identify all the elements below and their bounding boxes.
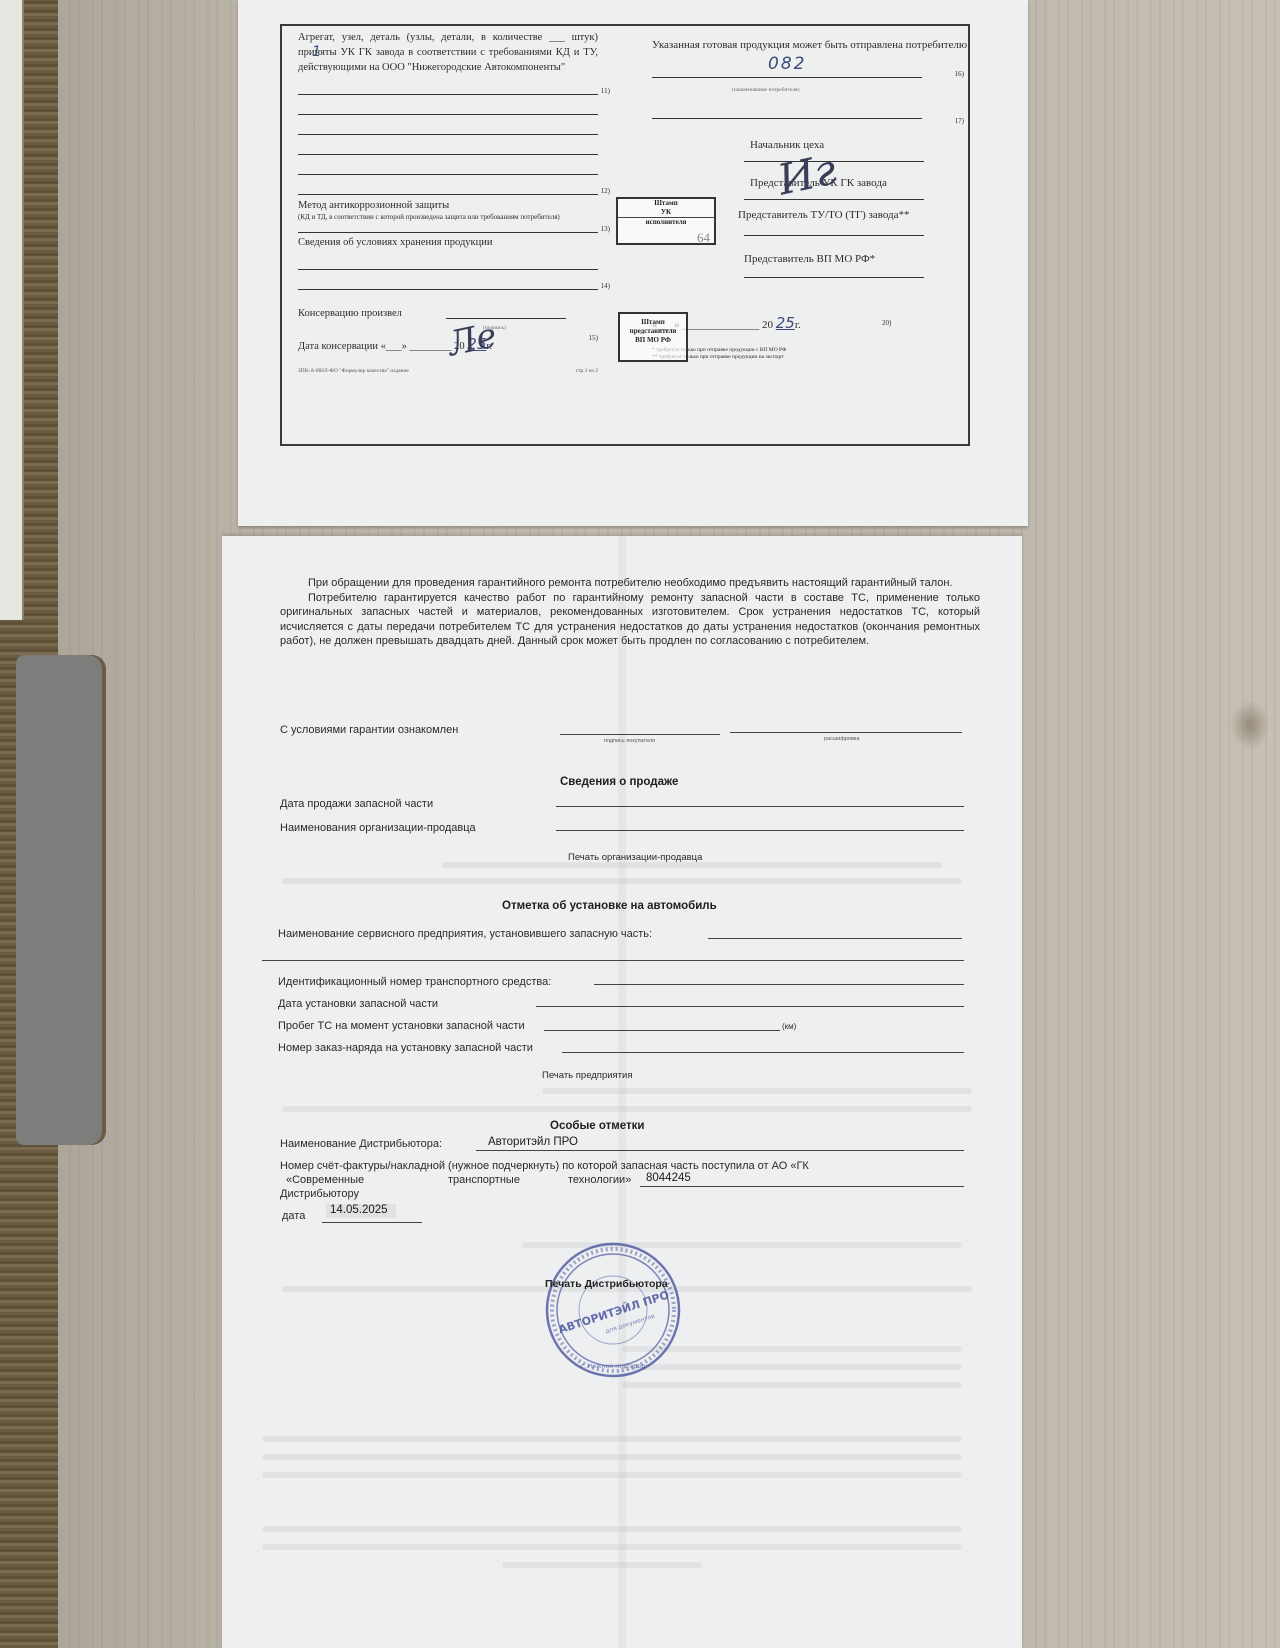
service-field-line2[interactable] <box>262 960 964 961</box>
install-date-field[interactable] <box>536 1006 964 1007</box>
vp-stamp-box: Штамп представителя ВП МО РФ <box>618 312 688 362</box>
uk-stamp-box: Штамп УК исполнителя 64 <box>616 197 716 245</box>
anticorrosion-label: Метод антикоррозионной защиты <box>298 198 598 213</box>
uk-stamp-number: 64 <box>697 233 710 242</box>
mileage-unit: (км) <box>782 1022 796 1031</box>
quantity-handwritten: 1 <box>312 44 321 60</box>
wood-knot <box>1230 700 1270 750</box>
bleed-through <box>542 1088 972 1094</box>
footnote-1: * требуется только при отправке продукци… <box>652 347 972 354</box>
acceptance-text: Агрегат, узел, деталь (узлы, детали, в к… <box>298 30 598 75</box>
field-line: 13) <box>298 232 598 233</box>
white-panel <box>0 0 24 620</box>
warranty-paragraph-1: При обращении для проведения гарантийног… <box>280 576 980 591</box>
vin-label: Идентификационный номер транспортного ср… <box>278 976 551 988</box>
field-line <box>298 174 598 175</box>
sale-section-title: Сведения о продаже <box>560 776 678 788</box>
storage-label: Сведения об условиях хранения продукции <box>298 235 598 250</box>
order-field[interactable] <box>562 1052 964 1053</box>
invoice-label-line1: Номер счёт-фактуры/накладной (нужное под… <box>280 1160 809 1172</box>
field-line: 12) <box>298 194 598 195</box>
distributor-field[interactable] <box>476 1150 964 1151</box>
form-footer: ЗПК-А-ИНЛ-ФО "Формуляр качества" издание… <box>298 364 598 379</box>
distributor-stamp-label: Печать Дистрибьютора <box>545 1278 668 1290</box>
conservation-by-row: Консервацию произвел (подпись) <box>298 306 598 321</box>
footnote-2: ** требуется только при отправке продукц… <box>652 354 972 361</box>
bleed-through <box>262 1544 962 1550</box>
bleed-through <box>282 1106 972 1112</box>
distributor-value: Авторитэйл ПРО <box>488 1136 578 1148</box>
field-line <box>298 154 598 155</box>
decoding-line[interactable] <box>730 732 962 733</box>
warranty-paragraph-2: Потребителю гарантируется качество работ… <box>280 591 980 649</box>
date-label: дата <box>282 1210 305 1222</box>
sale-date-label: Дата продажи запасной части <box>280 798 433 810</box>
tu-rep-label: Представитель ТУ/ТО (ТГ) завода** <box>738 208 972 223</box>
conservation-by-label: Консервацию произвел <box>298 308 402 319</box>
warranty-card-sheet: При обращении для проведения гарантийног… <box>222 536 1022 1648</box>
signature-line <box>446 318 566 319</box>
date-row: «___» ______________ 20 25г. 20) <box>652 316 972 333</box>
distributor-seal-icon: АВТОРИТЭЙЛ ПРО для документов г. Нижний … <box>543 1240 683 1380</box>
invoice-number-field[interactable] <box>640 1186 964 1187</box>
special-section-title: Особые отметки <box>550 1120 644 1132</box>
field-line: 14) <box>298 289 598 290</box>
seller-field[interactable] <box>556 830 964 831</box>
quality-form-sheet: Агрегат, узел, деталь (узлы, детали, в к… <box>238 0 1028 526</box>
shipping-text: Указанная готовая продукция может быть о… <box>652 38 972 53</box>
bleed-through <box>442 862 942 868</box>
bleed-through <box>262 1454 962 1460</box>
distributor-label: Наименование Дистрибьютора: <box>280 1138 442 1150</box>
vin-field[interactable] <box>594 984 964 985</box>
field-line <box>298 134 598 135</box>
bleed-through <box>622 1382 962 1388</box>
service-field[interactable] <box>708 938 962 939</box>
consumer-caption: (наименование потребителя) <box>732 83 972 98</box>
buyer-signature-line[interactable] <box>560 734 720 735</box>
warranty-text: При обращении для проведения гарантийног… <box>280 576 980 649</box>
conservation-date-label: Дата консервации «___» ________ 20 <box>298 341 465 352</box>
field-line: 11) <box>298 94 598 95</box>
year-handwritten: 25 <box>776 314 795 332</box>
order-label: Номер заказ-наряда на установку запасной… <box>278 1042 533 1054</box>
service-label: Наименование сервисного предприятия, уст… <box>278 928 652 940</box>
vp-rep-label: Представитель ВП МО РФ* <box>744 252 972 267</box>
consumer-handwritten: 082 <box>768 57 806 72</box>
install-date-label: Дата установки запасной части <box>278 998 438 1010</box>
distributor-date-field[interactable] <box>322 1222 422 1223</box>
bleed-through <box>282 878 962 884</box>
bleed-through <box>262 1436 962 1442</box>
svg-text:г. Нижний Новгород: г. Нижний Новгород <box>581 1363 646 1370</box>
mileage-label: Пробег ТС на момент установки запасной ч… <box>278 1020 525 1032</box>
acknowledged-label: С условиями гарантии ознакомлен <box>280 724 458 736</box>
field-line <box>298 269 598 270</box>
gray-binder-clip <box>16 655 102 1145</box>
field-line <box>298 114 598 115</box>
sale-date-field[interactable] <box>556 806 964 807</box>
invoice-number-value: 8044245 <box>646 1172 691 1184</box>
seller-label: Наименования организации-продавца <box>280 822 476 834</box>
install-section-title: Отметка об установке на автомобиль <box>502 900 717 912</box>
anticorrosion-note: (КД и ТД, в соответствии с которой произ… <box>298 213 598 222</box>
distributor-date-value: 14.05.2025 <box>326 1204 396 1218</box>
bleed-through <box>262 1472 962 1478</box>
company-stamp-label: Печать предприятия <box>542 1070 633 1081</box>
bleed-through <box>502 1562 702 1568</box>
shop-head-label: Начальник цеха <box>750 138 972 153</box>
blank-line-17: 17) <box>652 98 972 126</box>
mileage-field[interactable] <box>544 1030 780 1031</box>
bleed-through <box>262 1526 962 1532</box>
consumer-row: 082 16) <box>652 53 972 83</box>
